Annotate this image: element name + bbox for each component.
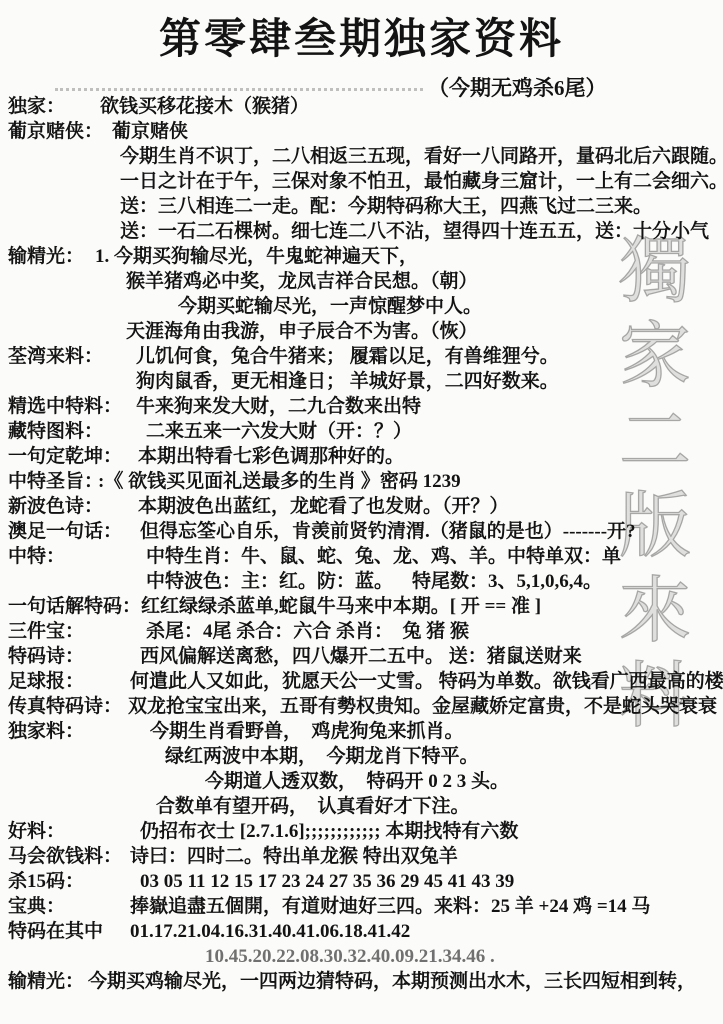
text-row: 今期道人透双数， 特码开 0 2 3 头。	[0, 769, 723, 794]
text-row: 天涯海角由我游，申子辰合不为害。（恢）	[0, 319, 723, 344]
row-label: 一句定乾坤：	[8, 444, 122, 469]
row-label: 宝典：	[8, 894, 65, 919]
row-label: 澳足一句话：	[8, 519, 122, 544]
text-row: 狗肉鼠香，更无相逢日； 羊城好景，二四好数来。	[0, 369, 723, 394]
page-title: 第零肆叁期独家资料	[0, 6, 723, 66]
row-text: 天涯海角由我游，申子辰合不为害。（恢）	[126, 319, 478, 344]
row-label: 杀15码：	[8, 869, 84, 894]
text-row: 宝典： 捧嶽追盡五個開，有道财迪好三四。来料：25 羊 +24 鸡 =14 马	[0, 894, 723, 919]
text-row: 好料： 仍招布衣士 [2.7.1.6];;;;;;;;;;;; 本期找特有六数	[0, 819, 723, 844]
row-text: 03 05 11 12 15 17 23 24 27 35 36 29 45 4…	[140, 869, 514, 894]
text-row: 新波色诗： 本期波色出蓝红，龙蛇看了也发财。（开？）	[0, 494, 723, 519]
text-row: 独家料： 今期生肖看野兽， 鸡虎狗兔来抓肖。	[0, 719, 723, 744]
row-text: 今期道人透双数， 特码开 0 2 3 头。	[205, 769, 509, 794]
row-text: 红红绿绿杀蓝单,蛇鼠牛马来中本期。[ 开 == 准 ]	[141, 594, 541, 619]
row-text: 狗肉鼠香，更无相逢日； 羊城好景，二四好数来。	[136, 369, 559, 394]
row-label: 独家：	[8, 94, 65, 119]
row-label: 中特圣旨：	[8, 469, 103, 494]
row-label: 传真特码诗：	[8, 694, 122, 719]
row-label: 精选中特料：	[8, 394, 122, 419]
row-text: 仍招布衣士 [2.7.1.6];;;;;;;;;;;; 本期找特有六数	[140, 819, 518, 844]
row-label: 特码在其中	[8, 919, 103, 944]
faded-dotted-line	[55, 88, 423, 91]
text-row: 送：三八相连二一走。配：今期特码称大王，四燕飞过二三来。	[0, 194, 723, 219]
row-text: 西风偏解送离愁，四八爆开二五中。 送：猪鼠送财来	[140, 644, 582, 669]
row-text: 10.45.20.22.08.30.32.40.09.21.34.46 .	[205, 944, 495, 969]
row-text: 何遣此人又如此，犹愿天公一丈雪。 特码为单数。欲钱看广西最高的楼房	[130, 669, 723, 694]
row-text: 但得忘筌心自乐，肯羡前贤钓清渭.（猪鼠的是也）-------开?	[140, 519, 636, 544]
text-row: 独家： 欲钱买移花接木（猴猪）	[0, 94, 723, 119]
row-label: 三件宝：	[8, 619, 84, 644]
text-row: 特码在其中 01.17.21.04.16.31.40.41.06.18.41.4…	[0, 919, 723, 944]
row-label: 输精光：	[8, 969, 84, 994]
row-text: 本期出特看七彩色调那种好的。	[138, 444, 404, 469]
row-text: 二来五来一六发大财（开：？）	[146, 419, 412, 444]
row-text: 今期买蛇输尽光，一声惊醒梦中人。	[178, 294, 482, 319]
row-text: 1. 今期买狗输尽光，牛鬼蛇神遍天下，	[95, 244, 418, 269]
text-row: 马会欲钱料： 诗曰：四时二。特出单龙猴 特出双兔羊	[0, 844, 723, 869]
row-text: 送：一石二石棵树。细七连二八不沾，望得四十连五五，送：十分小气	[120, 219, 709, 244]
text-row: 葡京赌侠： 葡京赌侠	[0, 119, 723, 144]
row-text: 杀尾：4尾 杀合：六合 杀肖： 兔 猪 猴	[146, 619, 469, 644]
row-label: 特码诗：	[8, 644, 84, 669]
row-text: 今期生肖看野兽， 鸡虎狗兔来抓肖。	[150, 719, 464, 744]
text-row: 一日之计在于午，三保对象不怕丑，最怕藏身三窟计，一上有二会细六。	[0, 169, 723, 194]
text-row: 足球报： 何遣此人又如此，犹愿天公一丈雪。 特码为单数。欲钱看广西最高的楼房	[0, 669, 723, 694]
text-row: 送：一石二石棵树。细七连二八不沾，望得四十连五五，送：十分小气	[0, 219, 723, 244]
text-row: 澳足一句话： 但得忘筌心自乐，肯羡前贤钓清渭.（猪鼠的是也）-------开?	[0, 519, 723, 544]
row-text: 双龙抢宝宝出来，五哥有勢权贵知。金屋藏娇定富贵，不是蛇头哭衰衰	[128, 694, 717, 719]
text-row: 荃湾来料： 儿饥何食，兔合牛猪来； 履霜以足，有兽维狸兮。	[0, 344, 723, 369]
row-text: :《 欲钱买见面礼送最多的生肖 》密码 1239	[98, 469, 461, 494]
text-row: 今期买蛇输尽光，一声惊醒梦中人。	[0, 294, 723, 319]
text-row: 三件宝： 杀尾：4尾 杀合：六合 杀肖： 兔 猪 猴	[0, 619, 723, 644]
text-row: 特码诗： 西风偏解送离愁，四八爆开二五中。 送：猪鼠送财来	[0, 644, 723, 669]
row-label: 新波色诗：	[8, 494, 103, 519]
row-text: 葡京赌侠	[112, 119, 188, 144]
text-row: 中特圣旨： :《 欲钱买见面礼送最多的生肖 》密码 1239	[0, 469, 723, 494]
document-page: 第零肆叁期独家资料 （今期无鸡杀6尾） 獨家二版來料 独家： 欲钱买移花接木（猴…	[0, 0, 723, 1024]
text-row: 绿红两波中本期， 今期龙肖下特平。	[0, 744, 723, 769]
text-row: 猴羊猪鸡必中奖，龙凤吉祥合民想。（朝）	[0, 269, 723, 294]
text-row: 输精光： 今期买鸡输尽光，一四两边猜特码，本期预测出水木，三长四短相到转，	[0, 969, 723, 994]
row-label: 荃湾来料：	[8, 344, 103, 369]
text-row: 10.45.20.22.08.30.32.40.09.21.34.46 .	[0, 944, 723, 969]
text-row: 中特波色：主：红。防：蓝。 特尾数：3、5,1,0,6,4。	[0, 569, 723, 594]
row-label: 独家料：	[8, 719, 84, 744]
row-label: 好料：	[8, 819, 65, 844]
row-text: 本期波色出蓝红，龙蛇看了也发财。（开？）	[138, 494, 509, 519]
row-text: 儿饥何食，兔合牛猪来； 履霜以足，有兽维狸兮。	[136, 344, 559, 369]
text-row: 藏特图料： 二来五来一六发大财（开：？）	[0, 419, 723, 444]
row-text: 一日之计在于午，三保对象不怕丑，最怕藏身三窟计，一上有二会细六。	[120, 169, 723, 194]
text-row: 一句定乾坤： 本期出特看七彩色调那种好的。	[0, 444, 723, 469]
row-text: 今期生肖不识丁，二八相返三五现，看好一八同路开，量码北后六跟随。	[120, 144, 723, 169]
row-text: 送：三八相连二一走。配：今期特码称大王，四燕飞过二三来。	[120, 194, 652, 219]
row-label: 中特：	[8, 544, 65, 569]
row-text: 欲钱买移花接木（猴猪）	[100, 94, 309, 119]
row-text: 今期买鸡输尽光，一四两边猜特码，本期预测出水木，三长四短相到转，	[88, 969, 696, 994]
row-label: 藏特图料：	[8, 419, 103, 444]
text-row: 今期生肖不识丁，二八相返三五现，看好一八同路开，量码北后六跟随。	[0, 144, 723, 169]
row-label: 一句话解特码：	[8, 594, 141, 619]
document-body: 独家： 欲钱买移花接木（猴猪） 葡京赌侠： 葡京赌侠 今期生肖不识丁，二八相返三…	[0, 94, 723, 994]
text-row: 传真特码诗： 双龙抢宝宝出来，五哥有勢权贵知。金屋藏娇定富贵，不是蛇头哭衰衰	[0, 694, 723, 719]
row-text: 合数单有望开码， 认真看好才下注。	[156, 794, 470, 819]
row-text: 绿红两波中本期， 今期龙肖下特平。	[165, 744, 479, 769]
row-text: 中特生肖：牛、鼠、蛇、兔、龙、鸡、羊。中特单双：单	[146, 544, 621, 569]
row-label: 输精光：	[8, 244, 84, 269]
text-row: 合数单有望开码， 认真看好才下注。	[0, 794, 723, 819]
text-row: 一句话解特码： 红红绿绿杀蓝单,蛇鼠牛马来中本期。[ 开 == 准 ]	[0, 594, 723, 619]
row-text: 猴羊猪鸡必中奖，龙凤吉祥合民想。（朝）	[126, 269, 478, 294]
text-row: 精选中特料： 牛来狗来发大财，二九合数来出特	[0, 394, 723, 419]
row-text: 诗曰：四时二。特出单龙猴 特出双兔羊	[130, 844, 458, 869]
row-text: 牛来狗来发大财，二九合数来出特	[136, 394, 421, 419]
text-row: 输精光： 1. 今期买狗输尽光，牛鬼蛇神遍天下，	[0, 244, 723, 269]
row-text: 捧嶽追盡五個開，有道财迪好三四。来料：25 羊 +24 鸡 =14 马	[130, 894, 650, 919]
row-label: 马会欲钱料：	[8, 844, 122, 869]
row-label: 葡京赌侠：	[8, 119, 103, 144]
text-row: 中特： 中特生肖：牛、鼠、蛇、兔、龙、鸡、羊。中特单双：单	[0, 544, 723, 569]
row-text: 01.17.21.04.16.31.40.41.06.18.41.42	[130, 919, 410, 944]
row-label: 足球报：	[8, 669, 84, 694]
row-text: 中特波色：主：红。防：蓝。 特尾数：3、5,1,0,6,4。	[146, 569, 602, 594]
text-row: 杀15码： 03 05 11 12 15 17 23 24 27 35 36 2…	[0, 869, 723, 894]
